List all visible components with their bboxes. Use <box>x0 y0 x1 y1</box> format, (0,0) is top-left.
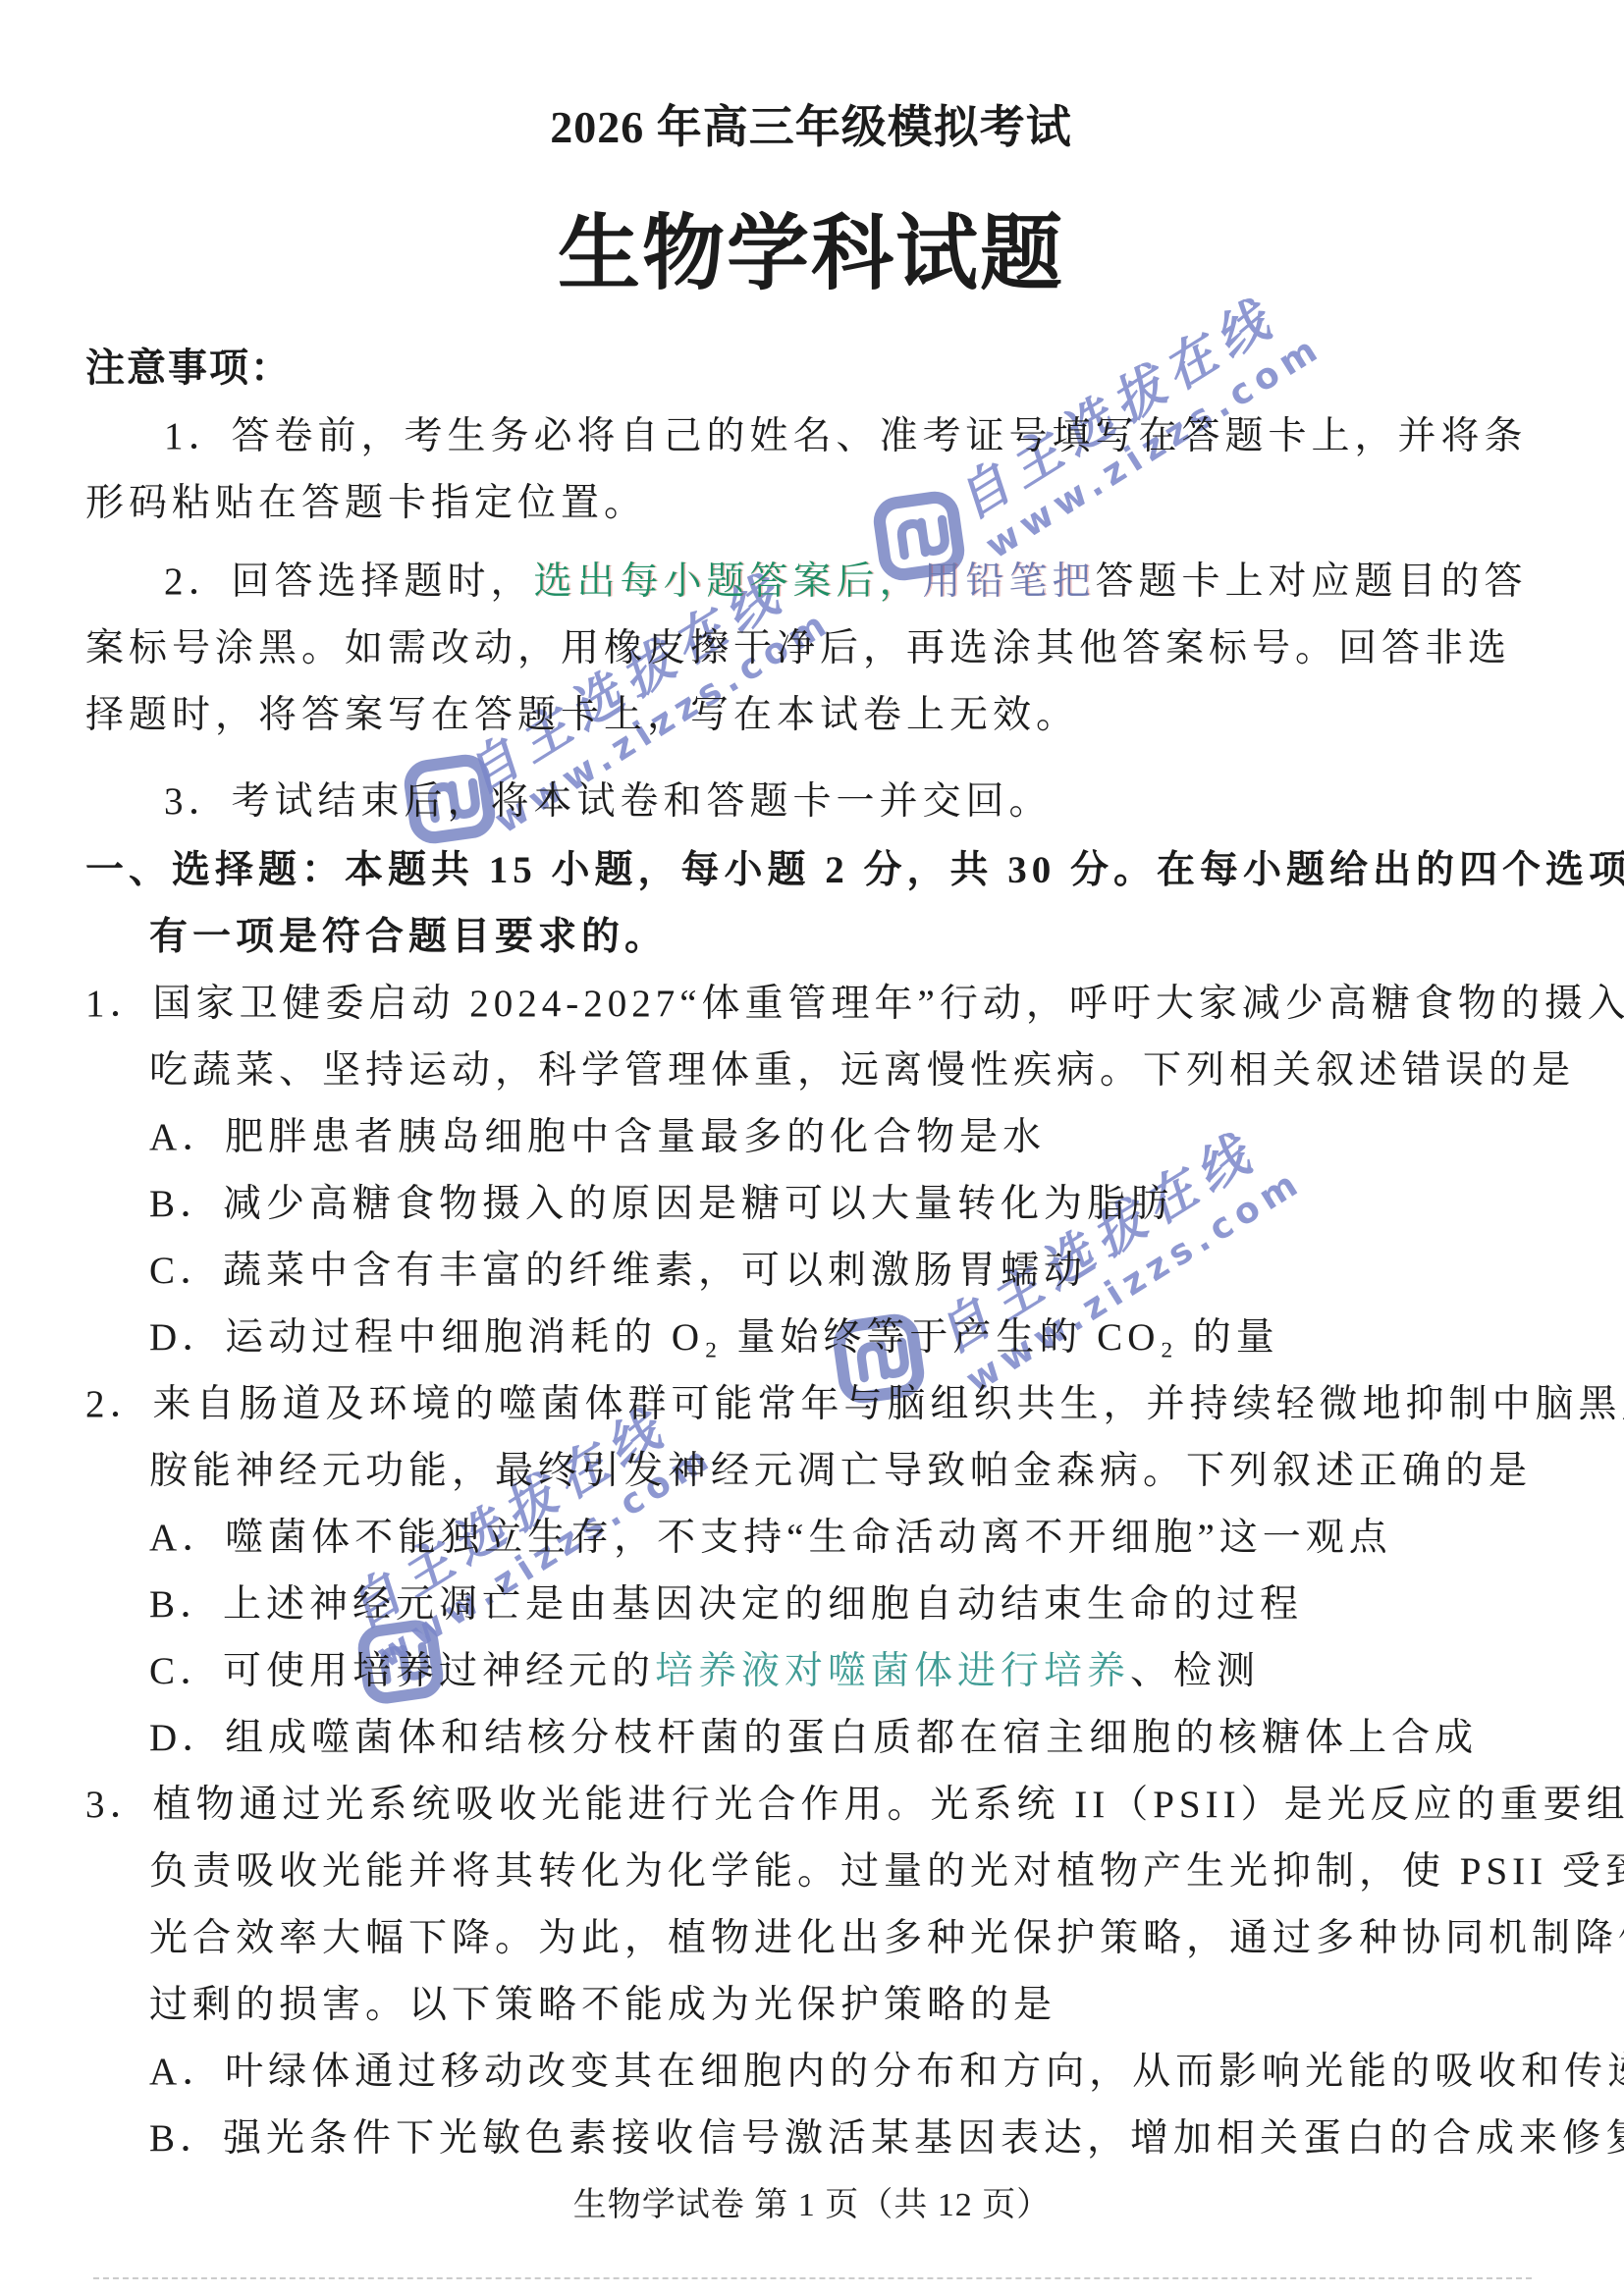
question-1-option-a: A．肥胖患者胰岛细胞中含量最多的化合物是水 <box>85 1104 1537 1171</box>
text-segment: 1．答卷前，考生务必将自己的姓名、准考证号填写在答题卡上，并将条 <box>164 415 1528 457</box>
text-line: 有一项是符合题目要求的。 <box>149 904 1537 971</box>
text-segment: B．减少高糖食物摄入的原因是糖可以大量转化为脂肪 <box>149 1183 1173 1225</box>
subject-title: 生物学科试题 <box>85 198 1537 311</box>
text-segment: 用铅笔把 <box>923 561 1096 603</box>
text-line: 3．植物通过光系统吸收光能进行光合作用。光系统 II（PSII）是光反应的重要组… <box>85 1772 1537 1839</box>
text-segment: A．肥胖患者胰岛细胞中含量最多的化合物是水 <box>149 1116 1046 1158</box>
notice-heading: 注意事项： <box>85 341 1537 396</box>
text-segment: 过剩的损害。以下策略不能成为光保护策略的是 <box>149 1984 1056 2026</box>
text-segment: 胺能神经元功能，最终引发神经元凋亡导致帕金森病。下列叙述正确的是 <box>149 1450 1532 1492</box>
notice-3: 3．考试结束后，将本试卷和答题卡一并交回。 <box>85 769 1537 835</box>
section-1-header: 一、选择题：本题共 15 小题，每小题 2 分，共 30 分。在每小题给出的四个… <box>85 837 1537 971</box>
text-segment: 负责吸收光能并将其转化为化学能。过量的光对植物产生光抑制，使 PSII 受到损伤… <box>149 1850 1624 1893</box>
text-line: 吃蔬菜、坚持运动，科学管理体重，远离慢性疾病。下列相关叙述错误的是 <box>149 1038 1537 1104</box>
text-line: 1．国家卫健委启动 2024-2027“体重管理年”行动，呼吁大家减少高糖食物的… <box>85 971 1537 1038</box>
text-line: C．蔬菜中含有丰富的纤维素，可以刺激肠胃蠕动 <box>149 1238 1537 1305</box>
notice-1: 1．答卷前，考生务必将自己的姓名、准考证号填写在答题卡上，并将条形码粘贴在答题卡… <box>85 403 1537 537</box>
text-segment: A．叶绿体通过移动改变其在细胞内的分布和方向，从而影响光能的吸收和传递 <box>149 2051 1624 2093</box>
document-body: 1．答卷前，考生务必将自己的姓名、准考证号填写在答题卡上，并将条形码粘贴在答题卡… <box>85 403 1537 2172</box>
question-3: 3．植物通过光系统吸收光能进行光合作用。光系统 II（PSII）是光反应的重要组… <box>85 1772 1537 2039</box>
question-2-option-a: A．噬菌体不能独立生存，不支持“生命活动离不开细胞”这一观点 <box>85 1505 1537 1572</box>
text-segment: 形码粘贴在答题卡指定位置。 <box>85 482 647 524</box>
text-line: D．运动过程中细胞消耗的 O₂ 量始终等于产生的 CO₂ 的量 <box>149 1305 1537 1371</box>
text-segment: 有一项是符合题目要求的。 <box>149 916 668 958</box>
text-segment: B．强光条件下光敏色素接收信号激活某基因表达，增加相关蛋白的合成来修复 PSII <box>149 2117 1624 2160</box>
text-segment: C．可使用培养过神经元的 <box>149 1650 655 1692</box>
text-segment: 1．国家卫健委启动 2024-2027“体重管理年”行动，呼吁大家减少高糖食物的… <box>85 983 1624 1025</box>
text-segment: 择题时，将答案写在答题卡上，写在本试卷上无效。 <box>85 694 1079 736</box>
text-line: C．可使用培养过神经元的培养液对噬菌体进行培养、检测 <box>149 1638 1537 1705</box>
text-line: 3．考试结束后，将本试卷和答题卡一并交回。 <box>85 769 1537 835</box>
text-line: 胺能神经元功能，最终引发神经元凋亡导致帕金森病。下列叙述正确的是 <box>149 1438 1537 1505</box>
text-line: 案标号涂黑。如需改动，用橡皮擦干净后，再选涂其他答案标号。回答非选 <box>85 615 1537 682</box>
text-line: D．组成噬菌体和结核分枝杆菌的蛋白质都在宿主细胞的核糖体上合成 <box>149 1705 1537 1772</box>
text-line: 择题时，将答案写在答题卡上，写在本试卷上无效。 <box>85 682 1537 749</box>
text-segment: 吃蔬菜、坚持运动，科学管理体重，远离慢性疾病。下列相关叙述错误的是 <box>149 1049 1575 1092</box>
text-segment: C．蔬菜中含有丰富的纤维素，可以刺激肠胃蠕动 <box>149 1250 1087 1292</box>
question-2-option-b: B．上述神经元凋亡是由基因决定的细胞自动结束生命的过程 <box>85 1572 1537 1638</box>
text-line: 形码粘贴在答题卡指定位置。 <box>85 470 1537 537</box>
notice-2: 2．回答选择题时，选出每小题答案后，用铅笔把答题卡上对应题目的答案标号涂黑。如需… <box>85 549 1537 749</box>
text-line: 2．回答选择题时，选出每小题答案后，用铅笔把答题卡上对应题目的答 <box>85 549 1537 615</box>
text-segment: 2．来自肠道及环境的噬菌体群可能常年与脑组织共生，并持续轻微地抑制中脑黑质多巴 <box>85 1383 1624 1425</box>
question-2-option-c: C．可使用培养过神经元的培养液对噬菌体进行培养、检测 <box>85 1638 1537 1705</box>
text-line: 过剩的损害。以下策略不能成为光保护策略的是 <box>149 1972 1537 2039</box>
question-3-option-a: A．叶绿体通过移动改变其在细胞内的分布和方向，从而影响光能的吸收和传递 <box>85 2039 1537 2106</box>
exam-paper-page: 自主选拔在线 www.zizzs.com 自主选拔在线 www.zizzs.co… <box>0 0 1624 2296</box>
text-segment: D．组成噬菌体和结核分枝杆菌的蛋白质都在宿主细胞的核糖体上合成 <box>149 1717 1478 1759</box>
text-segment: 选出每小题答案后， <box>534 561 923 603</box>
text-segment: B．上述神经元凋亡是由基因决定的细胞自动结束生命的过程 <box>149 1583 1303 1626</box>
text-line: 1．答卷前，考生务必将自己的姓名、准考证号填写在答题卡上，并将条 <box>85 403 1537 470</box>
text-line: B．上述神经元凋亡是由基因决定的细胞自动结束生命的过程 <box>149 1572 1537 1638</box>
text-line: A．噬菌体不能独立生存，不支持“生命活动离不开细胞”这一观点 <box>149 1505 1537 1572</box>
text-line: 2．来自肠道及环境的噬菌体群可能常年与脑组织共生，并持续轻微地抑制中脑黑质多巴 <box>85 1371 1537 1438</box>
text-segment: 一、选择题：本题共 15 小题，每小题 2 分，共 30 分。在每小题给出的四个… <box>85 849 1624 891</box>
text-segment: 3．考试结束后，将本试卷和答题卡一并交回。 <box>164 780 1053 823</box>
question-3-option-b: B．强光条件下光敏色素接收信号激活某基因表达，增加相关蛋白的合成来修复 PSII <box>85 2106 1537 2172</box>
bottom-dashed-rule <box>93 2277 1532 2279</box>
text-line: B．减少高糖食物摄入的原因是糖可以大量转化为脂肪 <box>149 1171 1537 1238</box>
text-line: A．叶绿体通过移动改变其在细胞内的分布和方向，从而影响光能的吸收和传递 <box>149 2039 1537 2106</box>
text-line: 一、选择题：本题共 15 小题，每小题 2 分，共 30 分。在每小题给出的四个… <box>85 837 1537 904</box>
question-2-option-d: D．组成噬菌体和结核分枝杆菌的蛋白质都在宿主细胞的核糖体上合成 <box>85 1705 1537 1772</box>
question-1: 1．国家卫健委启动 2024-2027“体重管理年”行动，呼吁大家减少高糖食物的… <box>85 971 1537 1104</box>
exam-title: 2026 年高三年级模拟考试 <box>85 98 1537 157</box>
text-segment: D．运动过程中细胞消耗的 O₂ 量始终等于产生的 CO₂ 的量 <box>149 1316 1279 1359</box>
question-1-option-d: D．运动过程中细胞消耗的 O₂ 量始终等于产生的 CO₂ 的量 <box>85 1305 1537 1371</box>
text-segment: 2．回答选择题时， <box>164 561 534 603</box>
text-segment: 3．植物通过光系统吸收光能进行光合作用。光系统 II（PSII）是光反应的重要组… <box>85 1784 1624 1826</box>
text-segment: A．噬菌体不能独立生存，不支持“生命活动离不开细胞”这一观点 <box>149 1517 1392 1559</box>
text-segment: 光合效率大幅下降。为此，植物进化出多种光保护策略，通过多种协同机制降低光能 <box>149 1917 1624 1959</box>
text-segment: 培养液对噬菌体进行培养 <box>655 1650 1130 1692</box>
page-footer: 生物学试卷 第 1 页（共 12 页） <box>0 2182 1624 2229</box>
text-line: B．强光条件下光敏色素接收信号激活某基因表达，增加相关蛋白的合成来修复 PSII <box>149 2106 1537 2172</box>
text-line: 负责吸收光能并将其转化为化学能。过量的光对植物产生光抑制，使 PSII 受到损伤… <box>149 1839 1537 1905</box>
question-1-option-c: C．蔬菜中含有丰富的纤维素，可以刺激肠胃蠕动 <box>85 1238 1537 1305</box>
question-1-option-b: B．减少高糖食物摄入的原因是糖可以大量转化为脂肪 <box>85 1171 1537 1238</box>
question-2: 2．来自肠道及环境的噬菌体群可能常年与脑组织共生，并持续轻微地抑制中脑黑质多巴胺… <box>85 1371 1537 1505</box>
text-segment: 、检测 <box>1130 1650 1260 1692</box>
text-line: 光合效率大幅下降。为此，植物进化出多种光保护策略，通过多种协同机制降低光能 <box>149 1905 1537 1972</box>
text-segment: 案标号涂黑。如需改动，用橡皮擦干净后，再选涂其他答案标号。回答非选 <box>85 627 1511 669</box>
text-segment: 答题卡上对应题目的答 <box>1096 561 1528 603</box>
text-line: A．肥胖患者胰岛细胞中含量最多的化合物是水 <box>149 1104 1537 1171</box>
